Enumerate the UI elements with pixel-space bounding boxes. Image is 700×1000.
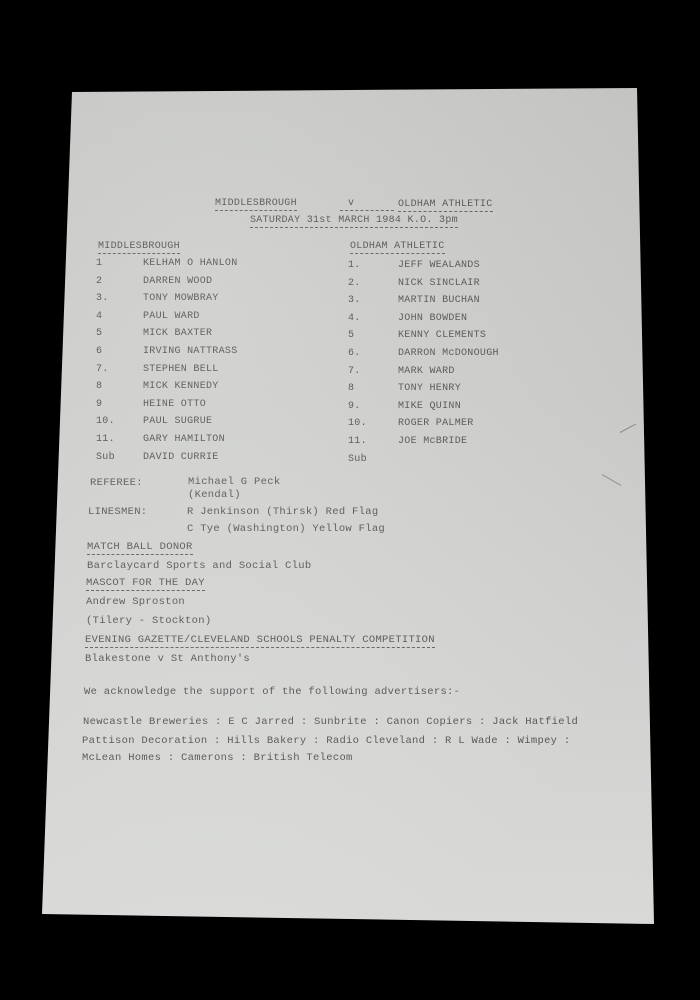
advertisers-line-2: Pattison Decoration : Hills Bakery : Rad…	[82, 735, 570, 747]
match-ball-heading: MATCH BALL DONOR	[87, 541, 193, 555]
player-name: DARRON McDONOUGH	[398, 348, 499, 359]
player-number: 7.	[348, 366, 361, 377]
away-team-title: OLDHAM ATHLETIC	[350, 241, 445, 254]
player-number: 10.	[96, 416, 115, 427]
player-name: TONY MOWBRAY	[143, 293, 219, 304]
header-home-team: MIDDLESBROUGH	[215, 198, 297, 211]
player-name: MIKE QUINN	[398, 401, 461, 412]
player-number: 5	[348, 330, 354, 341]
mascot-heading: MASCOT FOR THE DAY	[86, 577, 205, 591]
referee-label: REFEREE:	[90, 477, 143, 489]
player-number: 4.	[348, 313, 361, 324]
player-name: MICK KENNEDY	[143, 381, 219, 392]
player-name: JEFF WEALANDS	[398, 260, 480, 271]
linesman-2: C Tye (Washington) Yellow Flag	[187, 523, 385, 535]
player-name: KELHAM O HANLON	[143, 258, 238, 269]
match-ball-donor: Barclaycard Sports and Social Club	[87, 560, 311, 572]
player-name: MARTIN BUCHAN	[398, 295, 480, 306]
mascot-name: Andrew Sproston	[86, 596, 185, 608]
home-team-title: MIDDLESBROUGH	[98, 241, 180, 254]
player-name: GARY HAMILTON	[143, 434, 225, 445]
player-number: 6.	[348, 348, 361, 359]
advertisers-intro: We acknowledge the support of the follow…	[84, 686, 460, 698]
mascot-town: (Tilery - Stockton)	[86, 615, 211, 627]
player-number: 1.	[348, 260, 361, 271]
advertisers-line-1: Newcastle Breweries : E C Jarred : Sunbr…	[83, 716, 578, 728]
player-number: 8	[96, 381, 102, 392]
header-versus: v	[340, 198, 394, 211]
referee-name: Michael G Peck	[188, 476, 280, 488]
player-number: 9.	[348, 401, 361, 412]
advertisers-line-3: McLean Homes : Camerons : British Teleco…	[82, 752, 353, 764]
player-number: 4	[96, 311, 102, 322]
player-name: DARREN WOOD	[143, 276, 212, 287]
player-number: 1	[96, 258, 102, 269]
team-sheet-paper: MIDDLESBROUGH v OLDHAM ATHLETIC SATURDAY…	[0, 0, 700, 1000]
player-number: 8	[348, 383, 354, 394]
header-date-line: SATURDAY 31st MARCH 1984 K.O. 3pm	[250, 215, 458, 228]
paper-crease	[620, 424, 636, 433]
player-name: MICK BAXTER	[143, 328, 212, 339]
player-name: JOE McBRIDE	[398, 436, 467, 447]
player-name: KENNY CLEMENTS	[398, 330, 486, 341]
player-name: NICK SINCLAIR	[398, 278, 480, 289]
player-number: 2.	[348, 278, 361, 289]
linesmen-label: LINESMEN:	[88, 506, 147, 518]
player-name: STEPHEN BELL	[143, 364, 219, 375]
player-name: DAVID CURRIE	[143, 452, 219, 463]
player-number: 3.	[348, 295, 361, 306]
paper-crease	[602, 474, 622, 486]
player-name: ROGER PALMER	[398, 418, 474, 429]
player-number: 7.	[96, 364, 109, 375]
player-name: MARK WARD	[398, 366, 455, 377]
player-name: JOHN BOWDEN	[398, 313, 467, 324]
player-number: 2	[96, 276, 102, 287]
linesman-1: R Jenkinson (Thirsk) Red Flag	[187, 506, 378, 518]
player-number: 9	[96, 399, 102, 410]
player-number: 10.	[348, 418, 367, 429]
header-away-team: OLDHAM ATHLETIC	[398, 199, 493, 212]
player-name: TONY HENRY	[398, 383, 461, 394]
player-number: 11.	[348, 436, 367, 447]
penalty-match: Blakestone v St Anthony's	[85, 653, 250, 665]
player-number: Sub	[96, 452, 115, 463]
referee-town: (Kendal)	[188, 489, 241, 501]
player-number: 11.	[96, 434, 115, 445]
player-name: PAUL WARD	[143, 311, 200, 322]
player-number: 6	[96, 346, 102, 357]
player-name: IRVING NATTRASS	[143, 346, 238, 357]
penalty-heading: EVENING GAZETTE/CLEVELAND SCHOOLS PENALT…	[85, 634, 435, 648]
player-number: 5	[96, 328, 102, 339]
player-name: PAUL SUGRUE	[143, 416, 212, 427]
player-name: HEINE OTTO	[143, 399, 206, 410]
player-number: Sub	[348, 454, 367, 465]
player-number: 3.	[96, 293, 109, 304]
